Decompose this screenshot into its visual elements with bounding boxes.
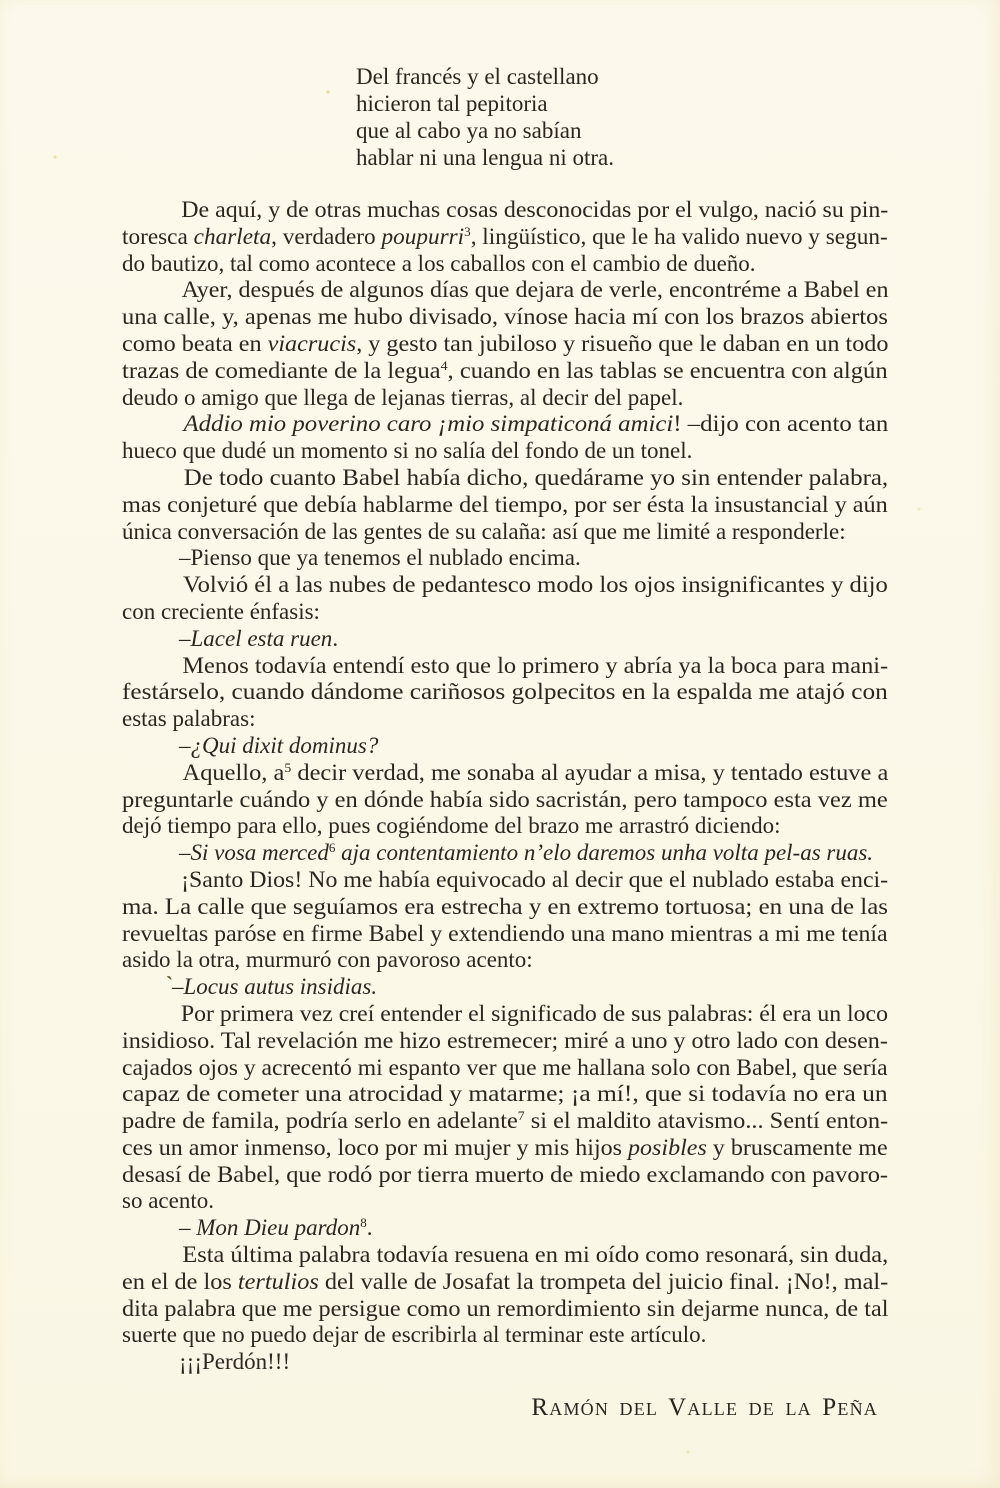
body-text: De aquí, y de otras muchas cosas descono… <box>181 197 888 222</box>
text-line-content: –Si vosa merced6 aja contentamiento n’el… <box>122 840 873 870</box>
body-text: , y gesto tan jubiloso y risueño que le … <box>356 331 888 356</box>
body-text: mas conjeturé que debía hablarme del tie… <box>122 492 888 517</box>
text-line: cajados ojos y acrecentó mi espanto ver … <box>122 1055 888 1082</box>
text-line: –Si vosa merced6 aja contentamiento n’el… <box>122 840 888 867</box>
text-line: una calle, y, apenas me hubo divisado, v… <box>122 304 888 331</box>
text-line: preguntarle cuándo y en dónde había sido… <box>122 787 888 814</box>
text-line: festárselo, cuando dándome cariñosos gol… <box>122 679 888 706</box>
text-line-content: única conversación de las gentes de su c… <box>122 519 846 546</box>
footnote-superscript: 4 <box>441 358 448 373</box>
text-line-content: ¡Santo Dios! No me había equivocado al d… <box>122 867 888 894</box>
text-line-content: Ayer, después de algunos días que dejara… <box>122 277 888 304</box>
text-line-content: revueltas paróse en firme Babel y extend… <box>122 921 888 948</box>
text-line: como beata en viacrucis, y gesto tan jub… <box>122 331 888 358</box>
text-line: revueltas paróse en firme Babel y extend… <box>122 921 888 948</box>
body-text: – <box>179 733 191 758</box>
body-text: si el maldito atavismo... Sentí enton- <box>525 1108 888 1133</box>
text-line-content: – Mon Dieu pardon8. <box>122 1215 372 1245</box>
body-text: asido la otra, murmuró con pavoroso acen… <box>122 947 533 972</box>
italic-text: aja contentamiento n’elo daremos unha vo… <box>335 840 873 865</box>
text-line: en el de los tertulios del valle de Josa… <box>122 1269 888 1296</box>
body-text: como beata en <box>122 331 268 356</box>
body-text: trazas de comediante de la legua <box>122 358 441 383</box>
text-line-content: deudo o amigo que llega de lejanas tierr… <box>122 385 683 412</box>
body-text: decir verdad, me sonaba al ayudar a misa… <box>291 760 888 785</box>
body-text: ¡¡¡Perdón!!! <box>179 1349 290 1374</box>
text-line-content: ¡¡¡Perdón!!! <box>122 1349 290 1376</box>
body-text: dejó tiempo para ello, pues cogiéndome d… <box>122 813 780 838</box>
italic-text: Addio mio poverino caro ¡mio simpaticoná… <box>183 411 673 436</box>
body-text: Volvió él a las nubes de pedantesco modo… <box>183 572 888 597</box>
text-line-content: Por primera vez creí entender el signifi… <box>122 1001 888 1028</box>
text-line: Ayer, después de algunos días que dejara… <box>122 277 888 304</box>
text-line: De todo cuanto Babel había dicho, quedár… <box>122 465 888 492</box>
text-line: asido la otra, murmuró con pavoroso acen… <box>122 947 888 974</box>
body-text: preguntarle cuándo y en dónde había sido… <box>122 787 888 812</box>
body-text: Esta última palabra todavía resuena en m… <box>182 1242 888 1267</box>
body-text: ! –dijo con acento tan <box>673 411 888 436</box>
text-line: trazas de comediante de la legua4, cuand… <box>122 358 888 385</box>
body-text: hueco que dudé un momento si no salía de… <box>122 438 692 463</box>
text-line: Aquello, a5 decir verdad, me sonaba al a… <box>122 760 888 787</box>
text-line-content: preguntarle cuándo y en dónde había sido… <box>122 787 888 814</box>
text-line-content: –Lacel esta ruen. <box>122 626 338 653</box>
body-text: – <box>179 1215 196 1240</box>
text-line-content: insidioso. Tal revelación me hizo estrem… <box>122 1028 888 1055</box>
text-line-content: capaz de cometer una atrocidad y matarme… <box>122 1081 888 1108</box>
text-line: desasí de Babel, que rodó por tierra mue… <box>122 1162 888 1189</box>
body-text: y bruscamente me <box>707 1135 888 1160</box>
text-line: –Pienso que ya tenemos el nublado encima… <box>122 545 888 572</box>
body-text: – <box>179 626 191 651</box>
body-text: , cuando en las tablas se encuentra con … <box>448 358 888 383</box>
body-text: ma. La calle que seguíamos era estrecha … <box>122 894 888 919</box>
body-text: con creciente énfasis: <box>122 599 320 624</box>
body-text: – <box>172 974 184 999</box>
text-line-content: Esta última palabra todavía resuena en m… <box>122 1242 888 1269</box>
text-line-content: De todo cuanto Babel había dicho, quedár… <box>122 465 888 492</box>
body-text: única conversación de las gentes de su c… <box>122 519 846 544</box>
article-body: De aquí, y de otras muchas cosas descono… <box>122 197 888 1376</box>
body-text: . <box>367 1215 373 1240</box>
text-line-content: De aquí, y de otras muchas cosas descono… <box>122 197 888 224</box>
body-text: do bautizo, tal como acontece a los caba… <box>122 251 756 276</box>
body-text: . <box>332 626 338 651</box>
author-signature: Ramón del Valle de la Peña <box>122 1394 888 1422</box>
italic-text: posibles <box>628 1135 707 1160</box>
poem-line: Del francés y el castellano <box>356 63 614 90</box>
body-text: dita palabra que me persigue como un rem… <box>122 1296 888 1321</box>
text-line-content: hueco que dudé un momento si no salía de… <box>122 438 692 465</box>
text-line-content: so acento. <box>122 1188 214 1215</box>
text-line: con creciente énfasis: <box>122 599 888 626</box>
text-line: mas conjeturé que debía hablarme del tie… <box>122 492 888 519</box>
text-line-content: cajados ojos y acrecentó mi espanto ver … <box>122 1055 888 1082</box>
body-text: Menos todavía entendí esto que lo primer… <box>182 653 888 678</box>
body-text: De todo cuanto Babel había dicho, quedár… <box>184 465 888 490</box>
body-text: capaz de cometer una atrocidad y matarme… <box>122 1081 888 1106</box>
body-text: padre de famila, podría serlo en adelant… <box>122 1108 518 1133</box>
text-line: capaz de cometer una atrocidad y matarme… <box>122 1081 888 1108</box>
italic-text: tertulios <box>238 1269 319 1294</box>
text-line-content: desasí de Babel, que rodó por tierra mue… <box>122 1162 888 1189</box>
body-text: ¡Santo Dios! No me había equivocado al d… <box>181 867 888 892</box>
body-text: insidioso. Tal revelación me hizo estrem… <box>122 1028 888 1053</box>
body-text: – <box>179 840 191 865</box>
text-line: dejó tiempo para ello, pues cogiéndome d… <box>122 813 888 840</box>
text-line-content: ces un amor inmenso, loco por mi mujer y… <box>122 1135 888 1162</box>
text-line: estas palabras: <box>122 706 888 733</box>
text-line: Menos todavía entendí esto que lo primer… <box>122 653 888 680</box>
poem-line: que al cabo ya no sabían <box>356 117 614 144</box>
text-line-content: suerte que no puedo dejar de escribirla … <box>122 1322 706 1349</box>
text-line-content: toresca charleta, verdadero poupurri3, l… <box>122 224 888 254</box>
text-line-content: asido la otra, murmuró con pavoroso acen… <box>122 947 533 974</box>
text-line-content: trazas de comediante de la legua4, cuand… <box>122 358 888 388</box>
italic-text: Locus autus insidias. <box>184 974 378 999</box>
text-line-content: padre de famila, podría serlo en adelant… <box>122 1108 888 1138</box>
text-line: deudo o amigo que llega de lejanas tierr… <box>122 385 888 412</box>
text-line: do bautizo, tal como acontece a los caba… <box>122 251 888 278</box>
text-line: –Lacel esta ruen. <box>122 626 888 653</box>
italic-text: Lacel esta ruen <box>191 626 333 651</box>
pen-mark: ˋ <box>166 971 172 998</box>
text-line: ¡¡¡Perdón!!! <box>122 1349 888 1376</box>
italic-text: poupurri <box>381 224 464 249</box>
text-line: dita palabra que me persigue como un rem… <box>122 1296 888 1323</box>
body-text: cajados ojos y acrecentó mi espanto ver … <box>122 1055 888 1080</box>
text-line-content: do bautizo, tal como acontece a los caba… <box>122 251 756 278</box>
body-text: so acento. <box>122 1188 214 1213</box>
body-text: una calle, y, apenas me hubo divisado, v… <box>122 304 888 329</box>
text-line-content: dejó tiempo para ello, pues cogiéndome d… <box>122 813 780 840</box>
text-line: Addio mio poverino caro ¡mio simpaticoná… <box>122 411 888 438</box>
text-line: ¡Santo Dios! No me había equivocado al d… <box>122 867 888 894</box>
text-line: so acento. <box>122 1188 888 1215</box>
text-line: Por primera vez creí entender el signifi… <box>122 1001 888 1028</box>
body-text: ces un amor inmenso, loco por mi mujer y… <box>122 1135 628 1160</box>
body-text: , lingüístico, que le ha valido nuevo y … <box>471 224 888 249</box>
body-text: –Pienso que ya tenemos el nublado encima… <box>179 545 581 570</box>
text-line-content: –¿Qui dixit dominus? <box>122 733 378 760</box>
poem-line: hicieron tal pepitoria <box>356 90 614 117</box>
text-line: Esta última palabra todavía resuena en m… <box>122 1242 888 1269</box>
italic-text: viacrucis <box>268 331 357 356</box>
text-line-content: –Pienso que ya tenemos el nublado encima… <box>122 545 581 572</box>
text-line: ˋ–Locus autus insidias. <box>122 974 888 1001</box>
poem: Del francés y el castellanohicieron tal … <box>356 63 614 171</box>
text-line-content: dita palabra que me persigue como un rem… <box>122 1296 888 1323</box>
body-text: Ayer, después de algunos días que dejara… <box>182 277 889 302</box>
poem-line: hablar ni una lengua ni otra. <box>356 144 614 171</box>
text-line: suerte que no puedo dejar de escribirla … <box>122 1322 888 1349</box>
text-line-content: en el de los tertulios del valle de Josa… <box>122 1269 888 1296</box>
body-text: deudo o amigo que llega de lejanas tierr… <box>122 385 683 410</box>
footnote-superscript: 8 <box>360 1215 367 1230</box>
body-text: revueltas paróse en firme Babel y extend… <box>122 921 888 946</box>
text-line: De aquí, y de otras muchas cosas descono… <box>122 197 888 224</box>
text-line-content: Addio mio poverino caro ¡mio simpaticoná… <box>122 411 888 438</box>
footnote-superscript: 5 <box>284 760 291 775</box>
body-text: del valle de Josafat la trompeta del jui… <box>319 1269 888 1294</box>
text-line: única conversación de las gentes de su c… <box>122 519 888 546</box>
italic-text: ¿Qui dixit dominus? <box>191 733 379 758</box>
text-line: Volvió él a las nubes de pedantesco modo… <box>122 572 888 599</box>
text-line-content: ma. La calle que seguíamos era estrecha … <box>122 894 888 921</box>
text-line: ces un amor inmenso, loco por mi mujer y… <box>122 1135 888 1162</box>
text-line: – Mon Dieu pardon8. <box>122 1215 888 1242</box>
text-line-content: una calle, y, apenas me hubo divisado, v… <box>122 304 888 331</box>
footnote-superscript: 6 <box>329 840 336 855</box>
text-line-content: ˋ–Locus autus insidias. <box>122 974 377 1001</box>
text-line: ma. La calle que seguíamos era estrecha … <box>122 894 888 921</box>
body-text: festárselo, cuando dándome cariñosos gol… <box>122 679 888 704</box>
text-line-content: Menos todavía entendí esto que lo primer… <box>122 653 888 680</box>
footnote-superscript: 7 <box>518 1108 525 1123</box>
italic-text: charleta <box>194 224 271 249</box>
text-line: toresca charleta, verdadero poupurri3, l… <box>122 224 888 251</box>
italic-text: Si vosa merced <box>191 840 329 865</box>
text-line: insidioso. Tal revelación me hizo estrem… <box>122 1028 888 1055</box>
body-text: Por primera vez creí entender el signifi… <box>181 1001 888 1026</box>
text-line-content: Aquello, a5 decir verdad, me sonaba al a… <box>122 760 888 790</box>
scanned-book-page: Del francés y el castellanohicieron tal … <box>0 0 1000 1488</box>
text-line: –¿Qui dixit dominus? <box>122 733 888 760</box>
body-text: toresca <box>122 224 194 249</box>
body-text: Aquello, a <box>183 760 285 785</box>
footnote-superscript: 3 <box>464 224 471 239</box>
body-text: , verdadero <box>271 224 381 249</box>
body-text: suerte que no puedo dejar de escribirla … <box>122 1322 706 1347</box>
text-line-content: festárselo, cuando dándome cariñosos gol… <box>122 679 888 706</box>
text-line-content: mas conjeturé que debía hablarme del tie… <box>122 492 888 519</box>
text-line: hueco que dudé un momento si no salía de… <box>122 438 888 465</box>
text-line: padre de famila, podría serlo en adelant… <box>122 1108 888 1135</box>
body-text: en el de los <box>122 1269 238 1294</box>
body-text: desasí de Babel, que rodó por tierra mue… <box>122 1162 888 1187</box>
text-line-content: con creciente énfasis: <box>122 599 320 626</box>
body-text: estas palabras: <box>122 706 255 731</box>
italic-text: Mon Dieu pardon <box>196 1215 360 1240</box>
text-line-content: estas palabras: <box>122 706 255 733</box>
text-line-content: Volvió él a las nubes de pedantesco modo… <box>122 572 888 599</box>
text-line-content: como beata en viacrucis, y gesto tan jub… <box>122 331 888 358</box>
